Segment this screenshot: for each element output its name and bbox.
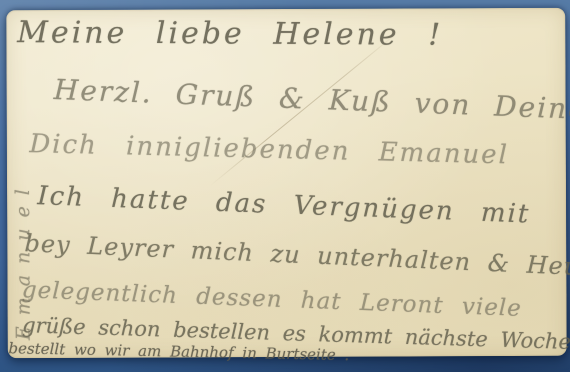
- margin-note-vertical: Emanuel: [12, 178, 35, 340]
- handwriting-line-5: bey Leyrer mich zu unterhalten & Heute: [24, 229, 570, 282]
- postcard: Meine liebe Helene ! Herzl. Gruß & Kuß v…: [6, 8, 567, 358]
- postcard-photo-background: Meine liebe Helene ! Herzl. Gruß & Kuß v…: [0, 0, 570, 372]
- handwriting-line-4: Ich hatte das Vergnügen mit: [37, 181, 531, 229]
- handwriting-line-signature: Dich innigliebenden Emanuel: [29, 129, 509, 170]
- handwriting-line-salutation: Meine liebe Helene !: [17, 15, 443, 53]
- handwriting-line-greeting: Herzl. Gruß & Kuß von Deinem: [53, 73, 570, 127]
